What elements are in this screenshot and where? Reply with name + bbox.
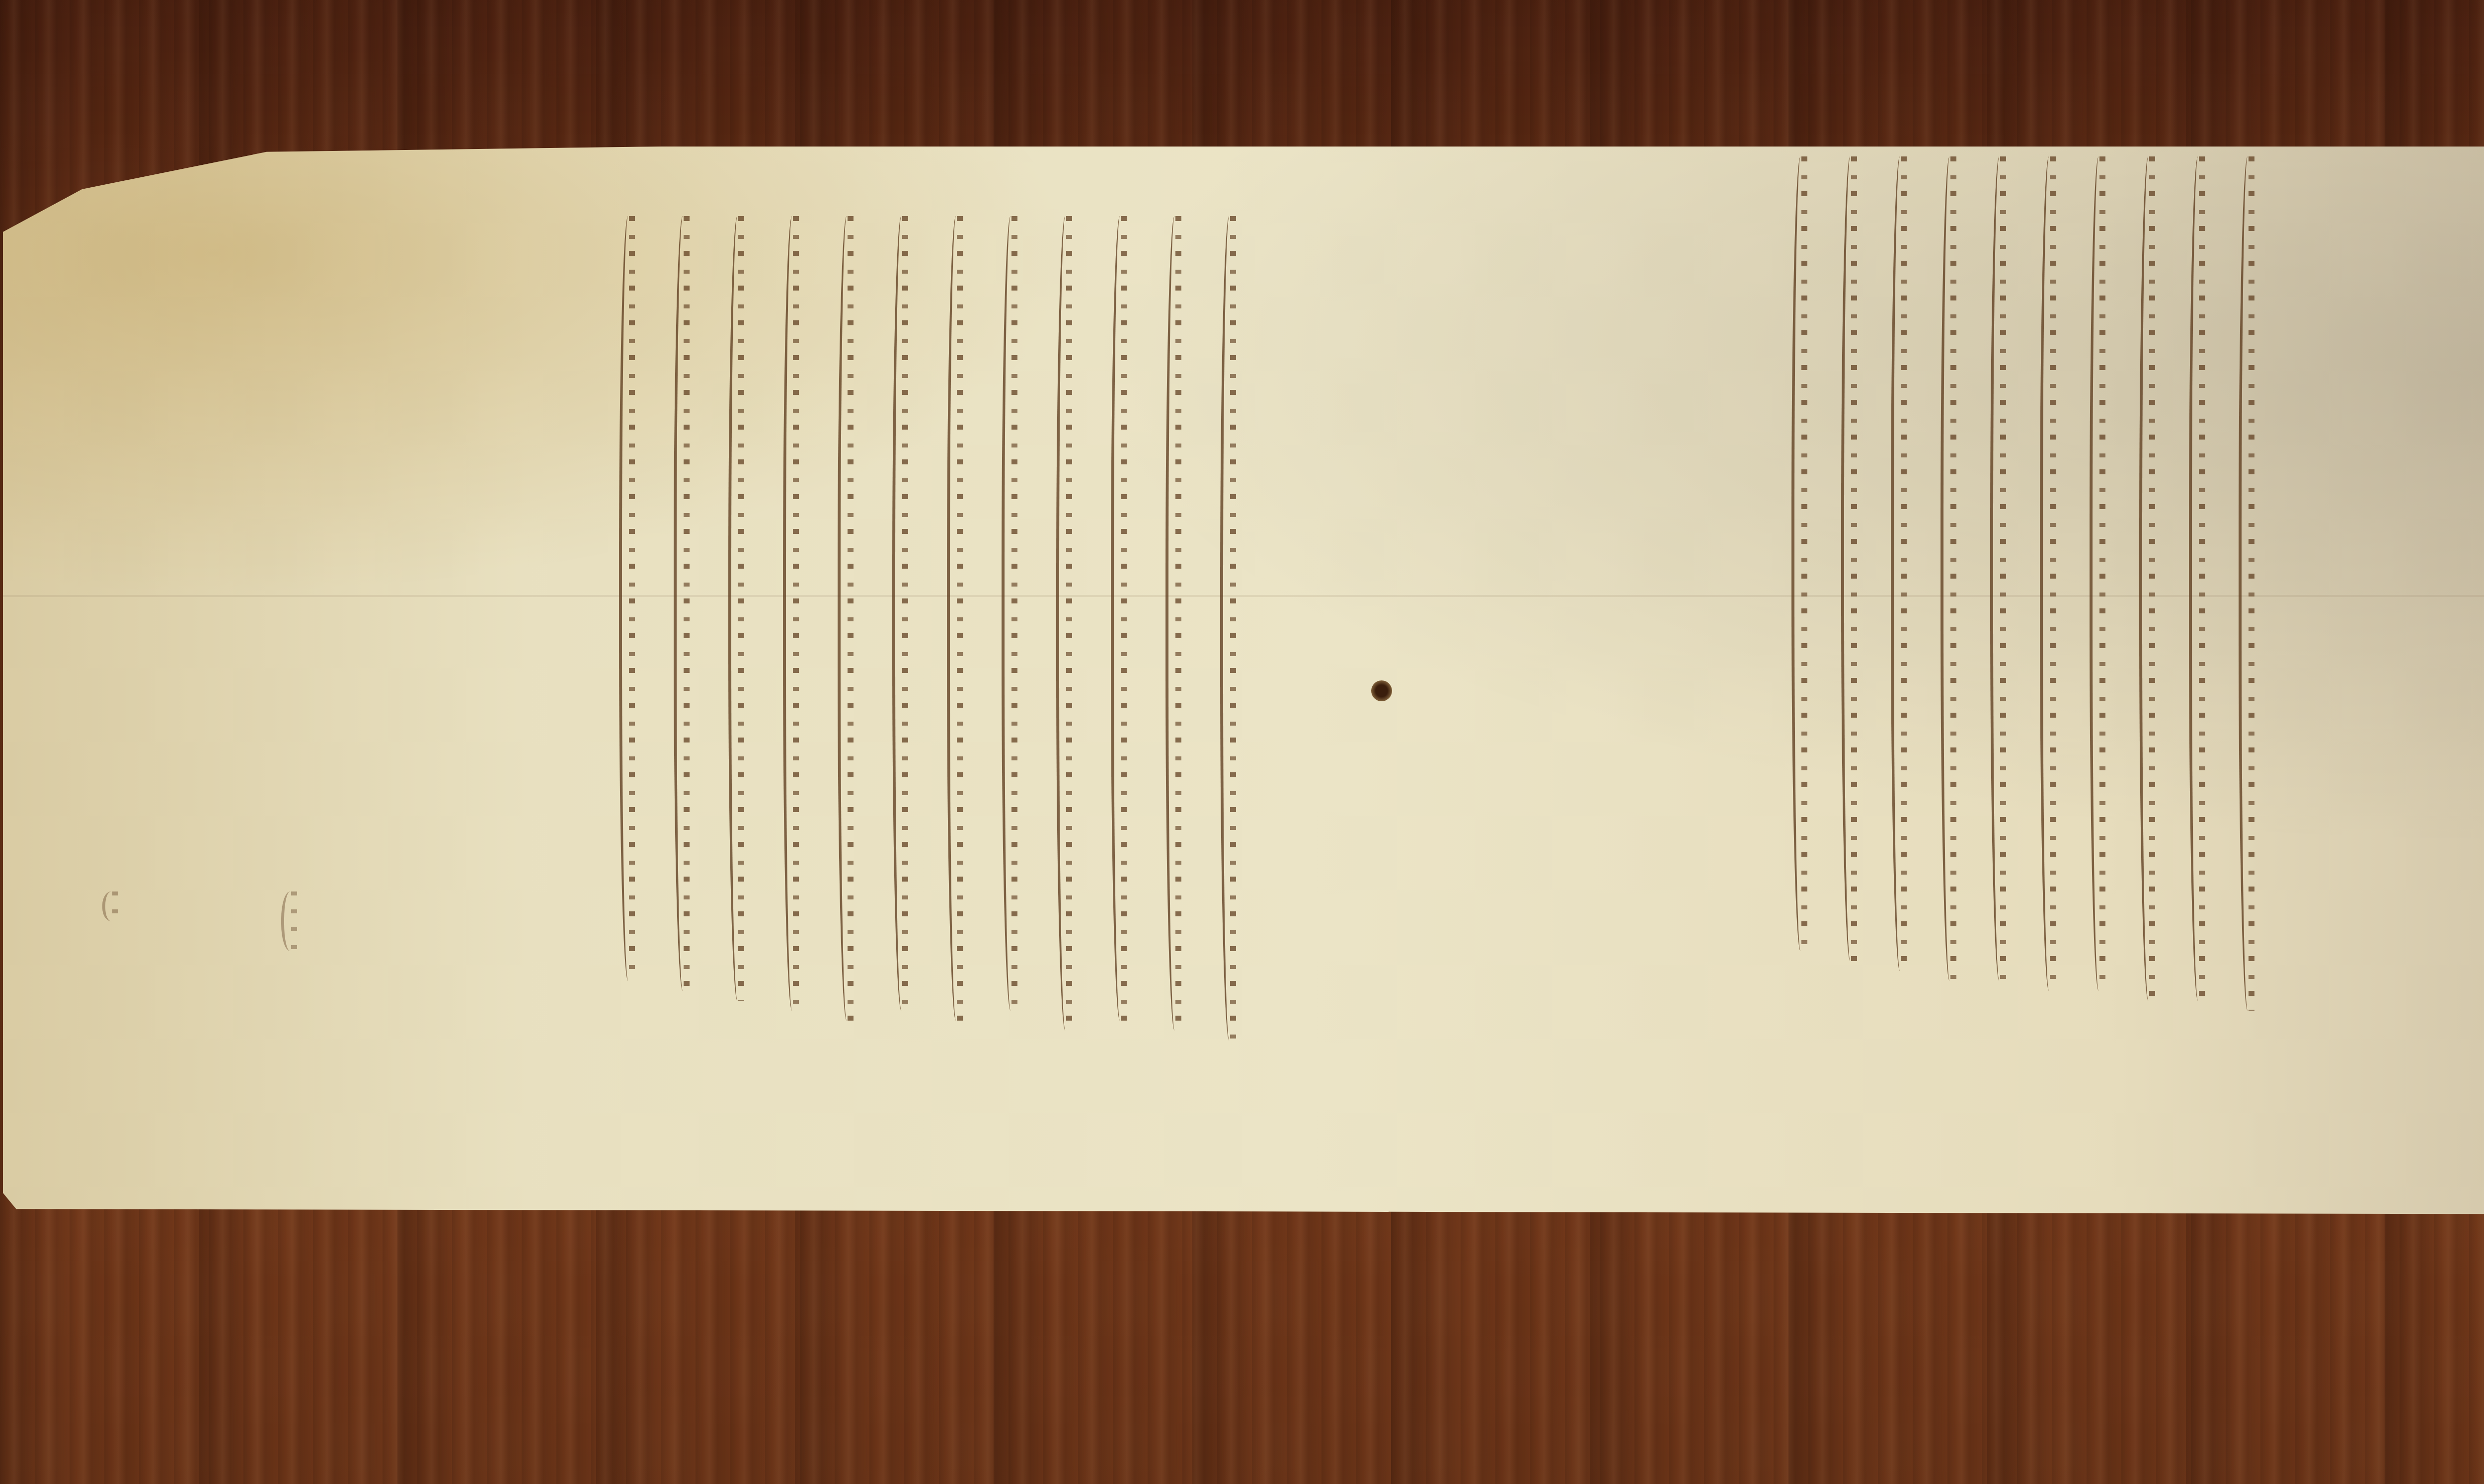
text-line bbox=[1791, 156, 1811, 951]
text-line bbox=[1841, 156, 1861, 961]
text-line bbox=[1111, 216, 1131, 1021]
margin-note-line bbox=[102, 891, 122, 921]
text-line bbox=[1056, 216, 1076, 1031]
text-line bbox=[2189, 156, 2209, 1001]
text-line bbox=[783, 216, 803, 1011]
text-line bbox=[619, 216, 639, 981]
text-line bbox=[2040, 156, 2060, 991]
middle-text-block bbox=[505, 216, 1270, 1060]
text-line bbox=[1891, 156, 1911, 971]
text-line bbox=[1220, 216, 1240, 1040]
text-line bbox=[892, 216, 912, 1011]
right-text-block bbox=[1762, 156, 2258, 1001]
text-line bbox=[838, 216, 857, 1021]
text-line bbox=[728, 216, 748, 1001]
text-line bbox=[1941, 156, 1960, 981]
margin-notes bbox=[63, 882, 321, 1080]
text-line bbox=[2090, 156, 2109, 991]
margin-note-line bbox=[281, 891, 301, 951]
text-line bbox=[1165, 216, 1185, 1031]
text-line bbox=[2139, 156, 2159, 1001]
text-line bbox=[674, 216, 694, 991]
text-line bbox=[947, 216, 967, 1021]
binding-hole bbox=[1371, 680, 1392, 701]
text-line bbox=[1002, 216, 1021, 1011]
text-line bbox=[2239, 156, 2258, 1011]
manuscript-page bbox=[3, 147, 2484, 1214]
text-line bbox=[1990, 156, 2010, 981]
